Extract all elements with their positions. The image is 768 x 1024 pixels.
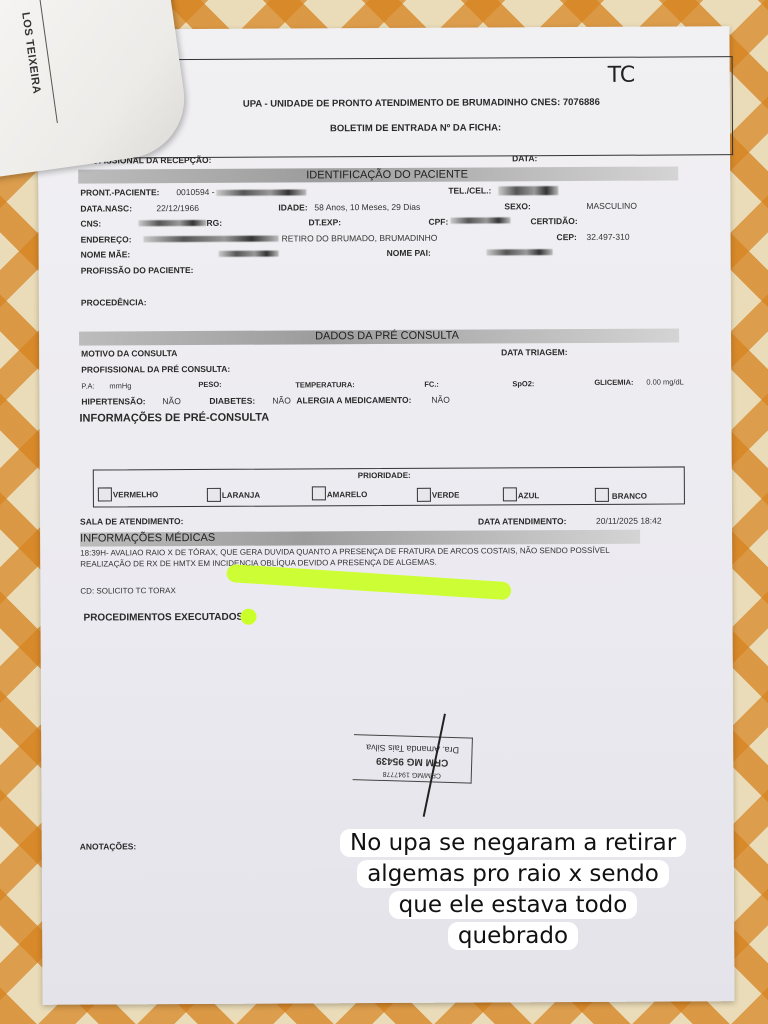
glycemia-value: 0.00 mg/dL: [646, 377, 684, 386]
mother-label: NOME MÃE:: [81, 249, 131, 259]
pre-consult-professional-label: PROFISSIONAL DA PRÉ CONSULTA:: [81, 364, 230, 375]
caption-text: No upa se negaram a retirar algemas pro …: [340, 829, 686, 950]
dtexp-label: DT.EXP:: [308, 217, 341, 227]
story-caption: No upa se negaram a retirar algemas pro …: [340, 828, 686, 952]
medical-note-line-1: 18:39H- AVALIAO RAIO X DE TÓRAX, QUE GER…: [80, 546, 610, 558]
diabetes-label: DIABETES:: [209, 396, 255, 406]
age-value: 58 Anos, 10 Meses, 29 Dias: [314, 202, 420, 213]
age-label: IDADE:: [278, 202, 307, 212]
fc-label: FC.:: [424, 380, 439, 389]
highlighter-stroke: [226, 564, 512, 600]
redacted-cns: [138, 220, 206, 226]
pre-consult-title: DADOS DA PRÉ CONSULTA: [315, 330, 459, 343]
priority-option-branco: BRANCO: [612, 492, 647, 501]
pront-label: PRONT.-PACIENTE:: [80, 187, 159, 197]
priority-option-vermelho: VERMELHO: [113, 490, 158, 499]
certidao-label: CERTIDÃO:: [530, 216, 577, 226]
priority-checkbox-azul[interactable]: [503, 487, 517, 501]
notes-label: ANOTAÇÕES:: [80, 841, 137, 851]
header-subtitle: BOLETIM DE ENTRADA Nº DA FICHA:: [330, 122, 501, 134]
pre-consult-info-title: INFORMAÇÕES DE PRÉ-CONSULTA: [79, 412, 269, 425]
reason-label: MOTIVO DA CONSULTA: [81, 348, 177, 359]
pa-unit: mmHg: [109, 381, 131, 390]
identification-title: IDENTIFICAÇÃO DO PACIENTE: [306, 169, 468, 182]
priority-option-azul: AZUL: [518, 491, 539, 500]
temperature-label: TEMPERATURA:: [295, 380, 354, 389]
diabetes-value: NÃO: [272, 395, 290, 405]
priority-label: PRIORIDADE:: [358, 471, 411, 480]
hypertension-value: NÃO: [162, 396, 180, 406]
priority-option-amarelo: AMARELO: [327, 490, 367, 499]
father-label: NOME PAI:: [387, 248, 431, 258]
sex-value: MASCULINO: [586, 201, 637, 211]
cpf-label: CPF:: [428, 217, 448, 227]
cns-label: CNS:: [80, 218, 101, 228]
room-label: SALA DE ATENDIMENTO:: [80, 516, 183, 527]
conduct-note: CD: SOLICITO TC TORAX: [80, 586, 175, 595]
attendance-date-label: DATA ATENDIMENTO:: [478, 516, 567, 526]
redacted-father: [487, 249, 553, 255]
underlying-sheet-name: LOS TEIXEIRA: [19, 12, 42, 95]
allergy-value: NÃO: [431, 395, 449, 405]
address-label: ENDEREÇO:: [81, 234, 132, 244]
redacted-mother: [219, 251, 279, 257]
redacted-address: [144, 236, 279, 243]
cep-label: CEP:: [557, 232, 577, 242]
priority-checkbox-laranja[interactable]: [207, 488, 221, 502]
weight-label: PESO:: [198, 380, 221, 389]
priority-checkbox-amarelo[interactable]: [312, 486, 326, 500]
highlighter-dot: [240, 609, 256, 625]
allergy-label: ALERGIA A MEDICAMENTO:: [296, 395, 411, 406]
rg-label: RG:: [206, 218, 222, 228]
medical-info-title: INFORMAÇÕES MÉDICAS: [80, 532, 215, 545]
redacted-name: [216, 189, 306, 195]
pront-value: 0010594 -: [176, 187, 214, 197]
redacted-cpf: [450, 217, 510, 223]
triage-date-label: DATA TRIAGEM:: [501, 347, 567, 357]
header-title: UPA - UNIDADE DE PRONTO ATENDIMENTO DE B…: [243, 97, 600, 110]
dob-label: DATA.NASC:: [80, 203, 132, 213]
spo2-label: SpO2:: [512, 379, 534, 388]
priority-option-verde: VERDE: [432, 491, 460, 500]
hypertension-label: HIPERTENSÃO:: [81, 396, 145, 406]
address-value: RETIRO DO BRUMADO, BRUMADINHO: [282, 233, 438, 244]
procedures-label: PROCEDIMENTOS EXECUTADOS:: [84, 612, 247, 624]
curl-rule: [39, 0, 58, 123]
sex-label: SEXO:: [504, 201, 531, 211]
cep-value: 32.497-310: [587, 232, 630, 242]
tel-label: TEL./CEL.:: [448, 185, 491, 195]
origin-label: PROCEDÊNCIA:: [81, 297, 147, 307]
doctor-stamp: CRM/MG 1947778 CRM MG 95439 Dra. Amanda …: [353, 734, 473, 784]
profession-label: PROFISSÃO DO PACIENTE:: [81, 265, 194, 276]
pa-label: P.A:: [81, 382, 94, 391]
priority-checkbox-verde[interactable]: [417, 488, 431, 502]
priority-checkbox-vermelho[interactable]: [98, 487, 112, 501]
date-label: DATA:: [512, 153, 537, 163]
priority-option-laranja: LARANJA: [222, 491, 260, 500]
glycemia-label: GLICEMIA:: [594, 378, 633, 387]
attendance-date-value: 20/11/2025 18:42: [596, 516, 662, 526]
dob-value: 22/12/1966: [156, 203, 199, 213]
redacted-phone: [498, 186, 558, 195]
priority-checkbox-branco[interactable]: [595, 488, 609, 502]
